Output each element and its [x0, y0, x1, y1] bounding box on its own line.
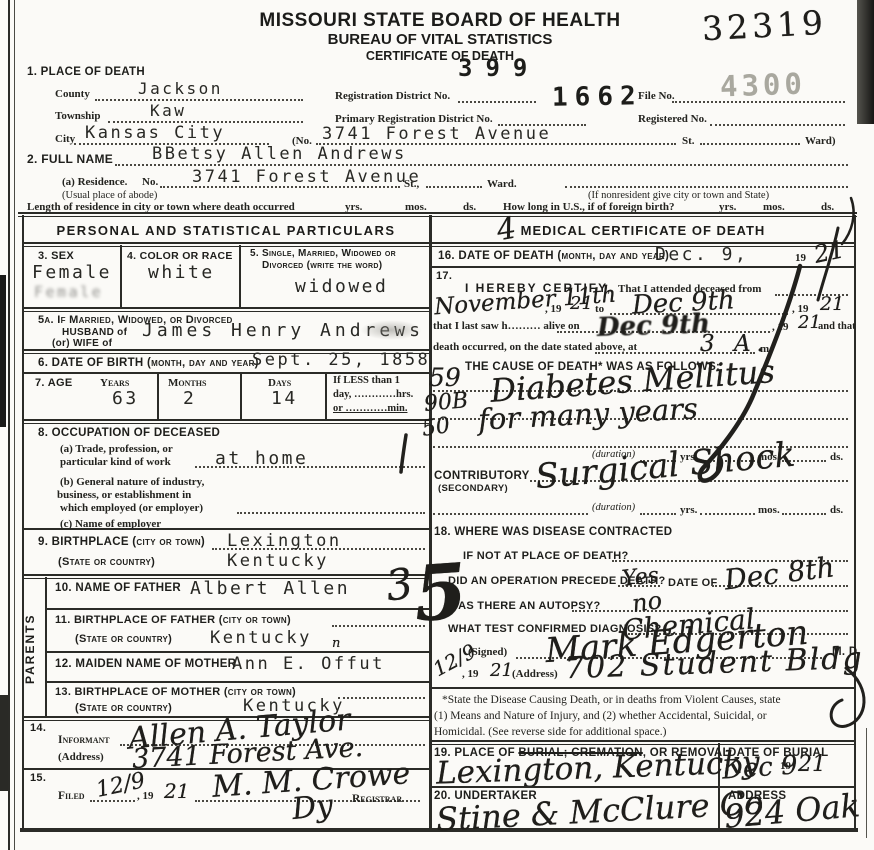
rule — [45, 608, 429, 610]
marital-label-line1: 5. Single, Married, Widowed or — [250, 248, 396, 259]
rule — [22, 419, 429, 421]
dotted-leader — [565, 186, 848, 188]
margin-code: 50 — [420, 413, 451, 442]
rule — [45, 681, 429, 683]
occupation-a-label-line2: particular kind of work — [60, 456, 171, 468]
occupation-b-label-line1: (b) General nature of industry, — [60, 476, 204, 488]
footnote-line3: Homicidal. (See reverse side for additio… — [434, 726, 666, 738]
date-of-death-value: Dec. 9, — [655, 244, 748, 265]
father-birthplace-state-label: (State or country) — [75, 633, 172, 645]
birthplace-state-label: (State or country) — [58, 556, 155, 568]
rule — [430, 740, 854, 742]
age-label: 7. AGE — [35, 377, 72, 389]
printed-19-comma: , 19 — [545, 303, 562, 315]
big-margin-code: 3 — [383, 558, 416, 610]
column-right-border — [854, 215, 856, 831]
spouse-label-husband: HUSBAND of — [62, 327, 127, 338]
occupation-b-label-line2: business, or establishment in — [57, 489, 191, 501]
birthplace-state-value: Kentucky — [227, 551, 329, 571]
father-birthplace-label: 11. BIRTHPLACE OF FATHER (city or town) — [55, 614, 291, 626]
cell-divider — [240, 372, 242, 419]
registrar-number-stamp: 399 — [458, 54, 540, 82]
printed-19: 19 — [795, 252, 806, 264]
ward-label: Ward) — [805, 135, 836, 147]
item-15-number: 15. — [30, 772, 46, 784]
dotted-leader — [115, 164, 848, 166]
mother-name-value: Ann E. Offut — [232, 654, 385, 674]
registration-district-label: Registration District No. — [335, 90, 450, 102]
filed-year-handwritten: 21 — [164, 779, 189, 803]
if-not-at-place-label: IF NOT AT PLACE OF DEATH? — [463, 550, 629, 562]
faint-stamp-smudge — [360, 320, 422, 340]
date-of-death-label: 16. DATE OF DEATH (month, day and year) — [438, 250, 669, 262]
rule — [22, 311, 429, 313]
cell-divider — [325, 372, 327, 419]
cell-divider — [239, 245, 241, 307]
occupation-a-value: at home — [215, 448, 308, 469]
residence-no-label: No. — [142, 176, 158, 188]
filed-label: Filed — [58, 790, 85, 802]
occupation-label: 8. OCCUPATION OF DECEASED — [38, 427, 220, 439]
registrar-deputy-initials: Dy — [290, 788, 334, 827]
yrs-label: yrs. — [680, 504, 697, 516]
mother-birthplace-state-label: (State or country) — [75, 702, 172, 714]
scan-edge-blob — [0, 695, 8, 791]
township-label: Township — [55, 110, 100, 122]
dotted-leader — [640, 513, 676, 515]
cell-divider — [157, 372, 159, 419]
registration-district-stamp: 1662 — [552, 81, 643, 113]
rule — [430, 266, 854, 268]
residence-label: (a) Residence. — [62, 176, 127, 188]
birthplace-city-value: Lexington — [227, 531, 342, 551]
registered-no-label: Registered No. — [638, 113, 707, 125]
duration-label: (duration) — [592, 502, 635, 513]
printed-19-comma: , 19 — [462, 668, 479, 680]
street-value: 3741 Forest Avenue — [322, 124, 551, 144]
date-of-label: DATE OF — [668, 577, 718, 589]
sex-value-ghost-smudge: Female — [34, 283, 103, 301]
registrar-label: Registrar — [352, 793, 402, 805]
sex-label: 3. SEX — [38, 250, 74, 262]
father-birthplace-value: Kentucky — [210, 628, 312, 648]
big-margin-code: 5 — [411, 546, 470, 638]
ds-label: ds. — [830, 451, 843, 463]
footnote-line1: *State the Disease Causing Death, or in … — [442, 694, 781, 706]
city-label: City — [55, 133, 75, 145]
dob-value: Sept. 25, 1858 — [252, 350, 430, 370]
form-subtitle-certificate: CERTIFICATE OF DEATH — [180, 49, 700, 63]
and-that-label: and that — [818, 321, 856, 332]
dob-label: 6. DATE OF BIRTH (month, day and year) — [38, 357, 259, 369]
file-no-label: File No. — [638, 90, 675, 102]
operation-date: Dec 8th — [722, 550, 836, 596]
color-race-label: 4. COLOR OR RACE — [127, 250, 233, 262]
attended-from-year: 21 — [570, 293, 593, 314]
personal-section-header: PERSONAL AND STATISTICAL PARTICULARS — [22, 223, 430, 238]
mos-label: mos. — [758, 504, 780, 516]
column-divider — [429, 215, 432, 831]
where-contracted-label: 18. WHERE WAS DISEASE CONTRACTED — [434, 526, 672, 538]
item-17-number: 17. — [436, 270, 452, 282]
dotted-leader — [95, 99, 303, 101]
date-of-death-year-handwritten: 21 — [811, 235, 847, 269]
rule — [18, 212, 857, 214]
age-less-note-line2: day, …………hrs. — [333, 389, 413, 400]
occupation-a-label-line1: (a) Trade, profession, or — [60, 443, 173, 455]
rule — [430, 687, 854, 689]
residence-st-label: St., — [404, 178, 419, 190]
certificate-serial-handwritten: 32319 — [701, 3, 828, 48]
dotted-leader — [700, 513, 755, 515]
dotted-leader — [782, 513, 826, 515]
dotted-leader — [700, 143, 800, 145]
marital-value: widowed — [295, 276, 388, 297]
rule — [430, 744, 854, 746]
city-value: Kansas City — [85, 123, 225, 143]
dotted-leader — [710, 124, 845, 126]
dotted-leader — [237, 512, 425, 514]
ds-label: ds. — [830, 504, 843, 516]
rule — [22, 528, 429, 530]
contributory-label: CONTRIBUTORY — [434, 470, 530, 482]
rule — [430, 786, 854, 788]
page-border-line — [14, 0, 15, 850]
spouse-label-wife: (or) WIFE of — [52, 338, 112, 349]
marital-label-line2: Divorced (write the word) — [262, 260, 382, 271]
form-title: MISSOURI STATE BOARD OF HEALTH — [180, 10, 700, 32]
margin-code: 59 — [429, 363, 461, 392]
printed-19: 19 — [780, 760, 791, 772]
item-14-number: 14. — [30, 722, 46, 734]
file-no-stamp-faded: 4300 — [719, 67, 806, 104]
township-value: Kaw — [150, 101, 186, 120]
form-subtitle-bureau: BUREAU OF VITAL STATISTICS — [180, 31, 700, 48]
last-saw-date: Dec 9th — [597, 309, 711, 343]
full-name-label: 2. FULL NAME — [27, 152, 113, 166]
scan-edge-line — [866, 728, 867, 838]
age-days-value: 14 — [271, 388, 298, 409]
dotted-leader — [332, 625, 425, 627]
place-of-death-section-label: 1. PLACE OF DEATH — [27, 66, 145, 78]
age-years-value: 63 — [112, 388, 139, 409]
informant-address-label: (Address) — [58, 751, 104, 763]
father-name-value: Albert Allen — [190, 578, 350, 599]
dotted-leader — [338, 697, 425, 699]
footnote-line2: (1) Means and Nature of Injury, and (2) … — [434, 710, 767, 722]
st-label: St. — [682, 135, 695, 147]
age-months-value: 2 — [183, 388, 196, 409]
color-race-value: white — [148, 262, 215, 283]
residence-ward-label: Ward. — [487, 178, 517, 190]
county-value: Jackson — [138, 79, 223, 98]
scan-edge-blob — [0, 275, 6, 427]
dotted-leader — [426, 186, 482, 188]
nonresident-note: (If nonresident give city or town and St… — [588, 190, 769, 201]
rule — [18, 216, 857, 218]
parents-inner-border — [45, 577, 47, 718]
printed-19-comma: , 19 — [772, 321, 789, 333]
attended-to-year: 21 — [820, 293, 844, 315]
age-less-note-line3: or …………min. — [333, 403, 407, 414]
burial-year-value: 21 — [798, 752, 826, 777]
physician-address-label: (Address) — [512, 668, 558, 680]
usual-abode-note: (Usual place of abode) — [62, 190, 157, 201]
secondary-label: (SECONDARY) — [438, 483, 508, 494]
rule — [45, 651, 429, 653]
rule — [22, 423, 429, 425]
dotted-leader — [90, 800, 135, 802]
page-border-line — [8, 0, 10, 850]
parents-vertical-label: PARENTS — [23, 588, 43, 710]
father-name-label: 10. NAME OF FATHER — [55, 582, 181, 594]
scan-edge-bar — [857, 0, 874, 124]
informant-label: Informant — [58, 734, 110, 746]
filed-19-printed: , 19 — [137, 790, 154, 802]
rule — [22, 372, 429, 374]
residence-value: 3741 Forest Avenue — [192, 167, 421, 187]
dotted-leader — [458, 101, 536, 103]
death-certificate-scan: MISSOURI STATE BOARD OF HEALTH BUREAU OF… — [0, 0, 874, 850]
signature-year: 21 — [490, 660, 513, 681]
full-name-value: BBetsy Allen Andrews — [152, 144, 407, 164]
cell-divider — [120, 245, 122, 307]
birthplace-label: 9. BIRTHPLACE (city or town) — [38, 536, 205, 548]
rule — [22, 574, 429, 576]
sex-value: Female — [32, 262, 112, 283]
age-less-note-line1: If LESS than 1 — [333, 375, 400, 386]
dotted-leader — [433, 513, 588, 515]
county-label: County — [55, 88, 90, 100]
contributory-cause-value: Surgical Shock — [534, 435, 797, 498]
rule — [22, 307, 429, 309]
stray-pen-mark: n — [332, 636, 340, 651]
occupation-b-label-line3: which employed (or employer) — [60, 502, 203, 514]
mother-name-label: 12. MAIDEN NAME OF MOTHER — [55, 658, 236, 670]
